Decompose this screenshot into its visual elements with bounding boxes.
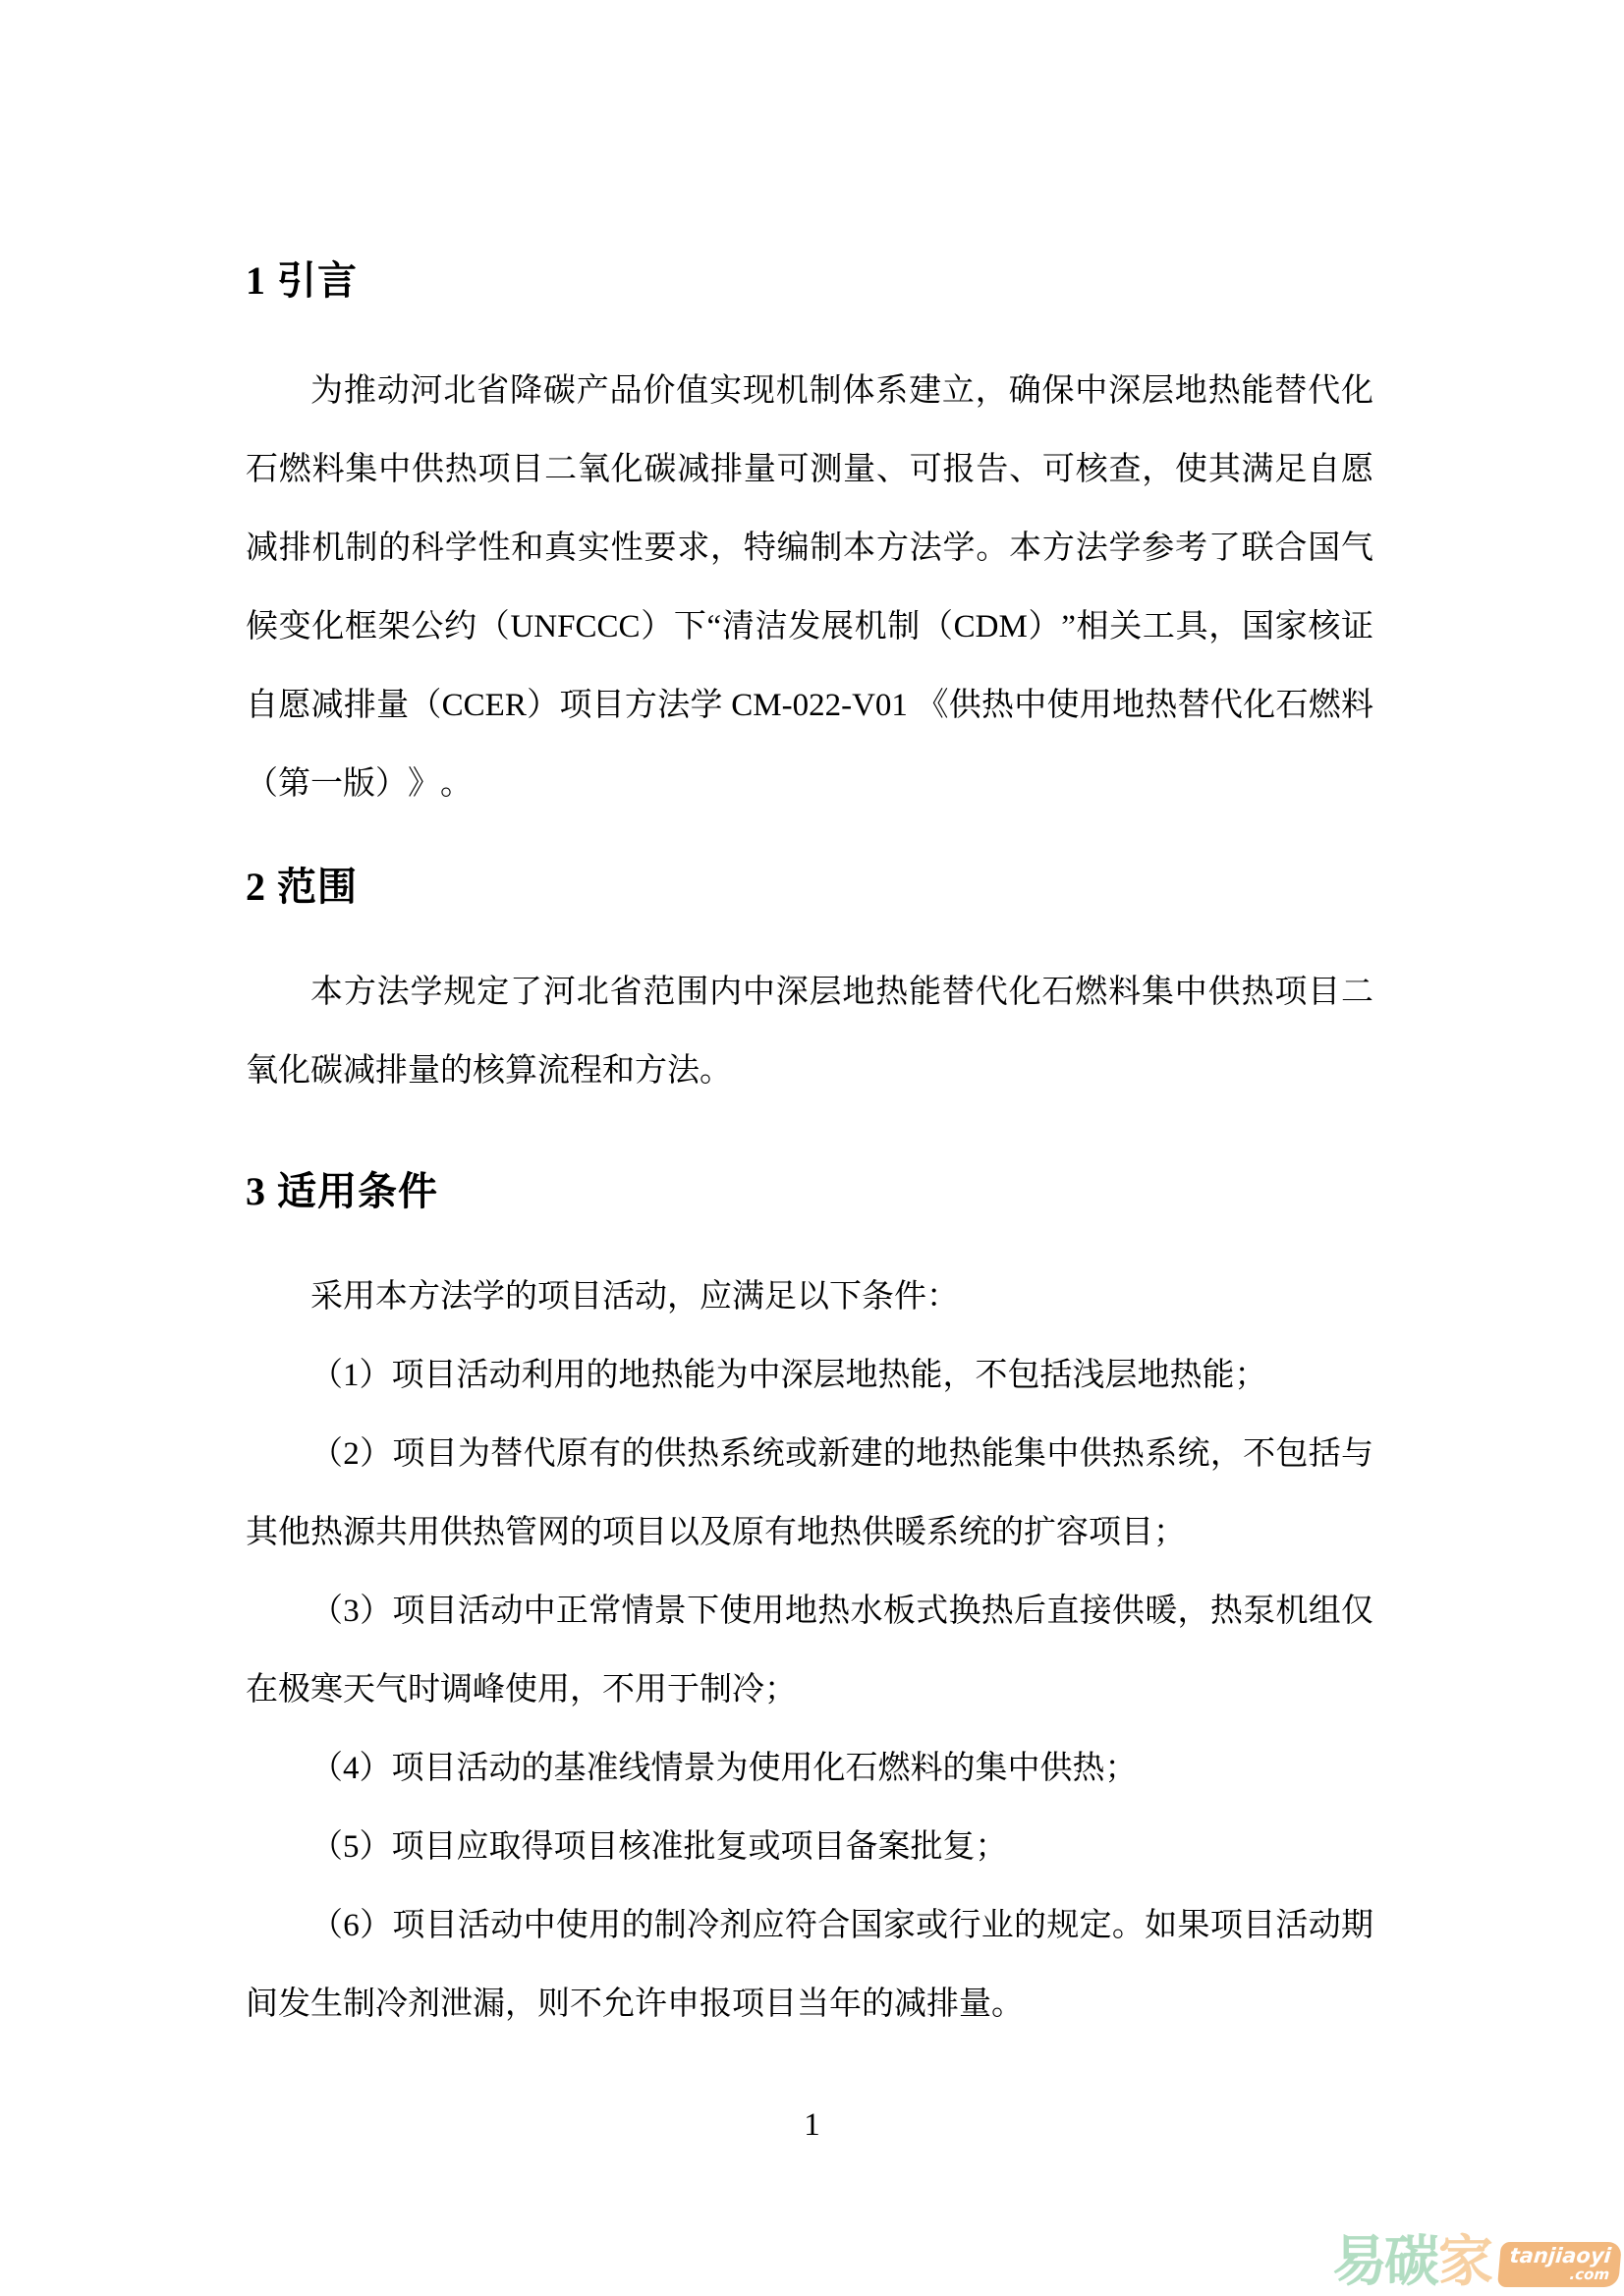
section-heading-scope: 2 范围 — [246, 858, 1373, 917]
paragraph-scope-body: 本方法学规定了河北省范围内中深层地热能替代化石燃料集中供热项目二氧化碳减排量的核… — [246, 953, 1373, 1110]
page-number: 1 — [0, 2105, 1624, 2145]
section-heading-intro: 1 引言 — [246, 252, 1373, 310]
condition-item-4: （4）项目活动的基准线情景为使用化石燃料的集中供热； — [246, 1729, 1373, 1808]
watermark-badge: tanjiaoyi .com — [1497, 2242, 1622, 2287]
watermark-logo: 易碳 家 tanjiaoyi .com — [1332, 2235, 1620, 2290]
condition-item-2: （2）项目为替代原有的供热系统或新建的地热能集中供热系统，不包括与其他热源共用供… — [246, 1415, 1373, 1572]
condition-item-1: （1）项目活动利用的地热能为中深层地热能，不包括浅层地热能； — [246, 1336, 1373, 1415]
condition-item-5: （5）项目应取得项目核准批复或项目备案批复； — [246, 1808, 1373, 1886]
document-body: 1 引言 为推动河北省降碳产品价值实现机制体系建立，确保中深层地热能替代化石燃料… — [246, 252, 1373, 2044]
watermark-brand-green: 易碳 — [1332, 2235, 1436, 2290]
paragraph-applicability-lead: 采用本方法学的项目活动，应满足以下条件： — [246, 1258, 1373, 1336]
watermark-badge-tld: .com — [1569, 2268, 1610, 2282]
paragraph-intro-body: 为推动河北省降碳产品价值实现机制体系建立，确保中深层地热能替代化石燃料集中供热项… — [246, 352, 1373, 823]
section-scope: 2 范围 本方法学规定了河北省范围内中深层地热能替代化石燃料集中供热项目二氧化碳… — [246, 858, 1373, 1110]
section-heading-applicability: 3 适用条件 — [246, 1162, 1373, 1221]
condition-item-3: （3）项目活动中正常情景下使用地热水板式换热后直接供暖，热泵机组仅在极寒天气时调… — [246, 1572, 1373, 1729]
watermark-brand-orange: 家 — [1438, 2235, 1493, 2290]
watermark-badge-domain: tanjiaoyi — [1509, 2246, 1612, 2267]
section-applicability: 3 适用条件 采用本方法学的项目活动，应满足以下条件： （1）项目活动利用的地热… — [246, 1162, 1373, 2044]
document-page: 1 引言 为推动河北省降碳产品价值实现机制体系建立，确保中深层地热能替代化石燃料… — [0, 0, 1624, 2296]
section-intro: 1 引言 为推动河北省降碳产品价值实现机制体系建立，确保中深层地热能替代化石燃料… — [246, 252, 1373, 823]
condition-item-6: （6）项目活动中使用的制冷剂应符合国家或行业的规定。如果项目活动期间发生制冷剂泄… — [246, 1886, 1373, 2044]
